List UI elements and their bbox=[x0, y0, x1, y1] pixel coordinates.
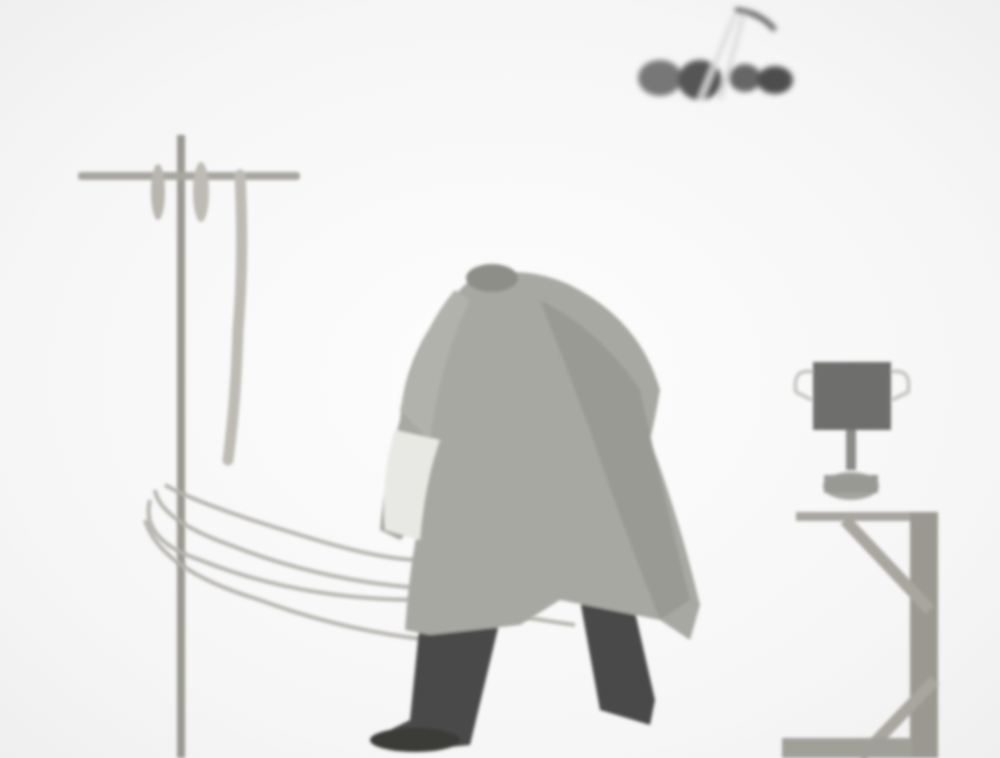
stove-stand bbox=[782, 512, 938, 758]
climbing-gear-pile bbox=[638, 10, 793, 100]
scene-drawing bbox=[0, 0, 1000, 758]
sausage-pole bbox=[78, 135, 300, 758]
film-still bbox=[0, 0, 1000, 758]
man-in-coat bbox=[370, 264, 700, 752]
primus-stove-with-pot bbox=[795, 362, 908, 500]
